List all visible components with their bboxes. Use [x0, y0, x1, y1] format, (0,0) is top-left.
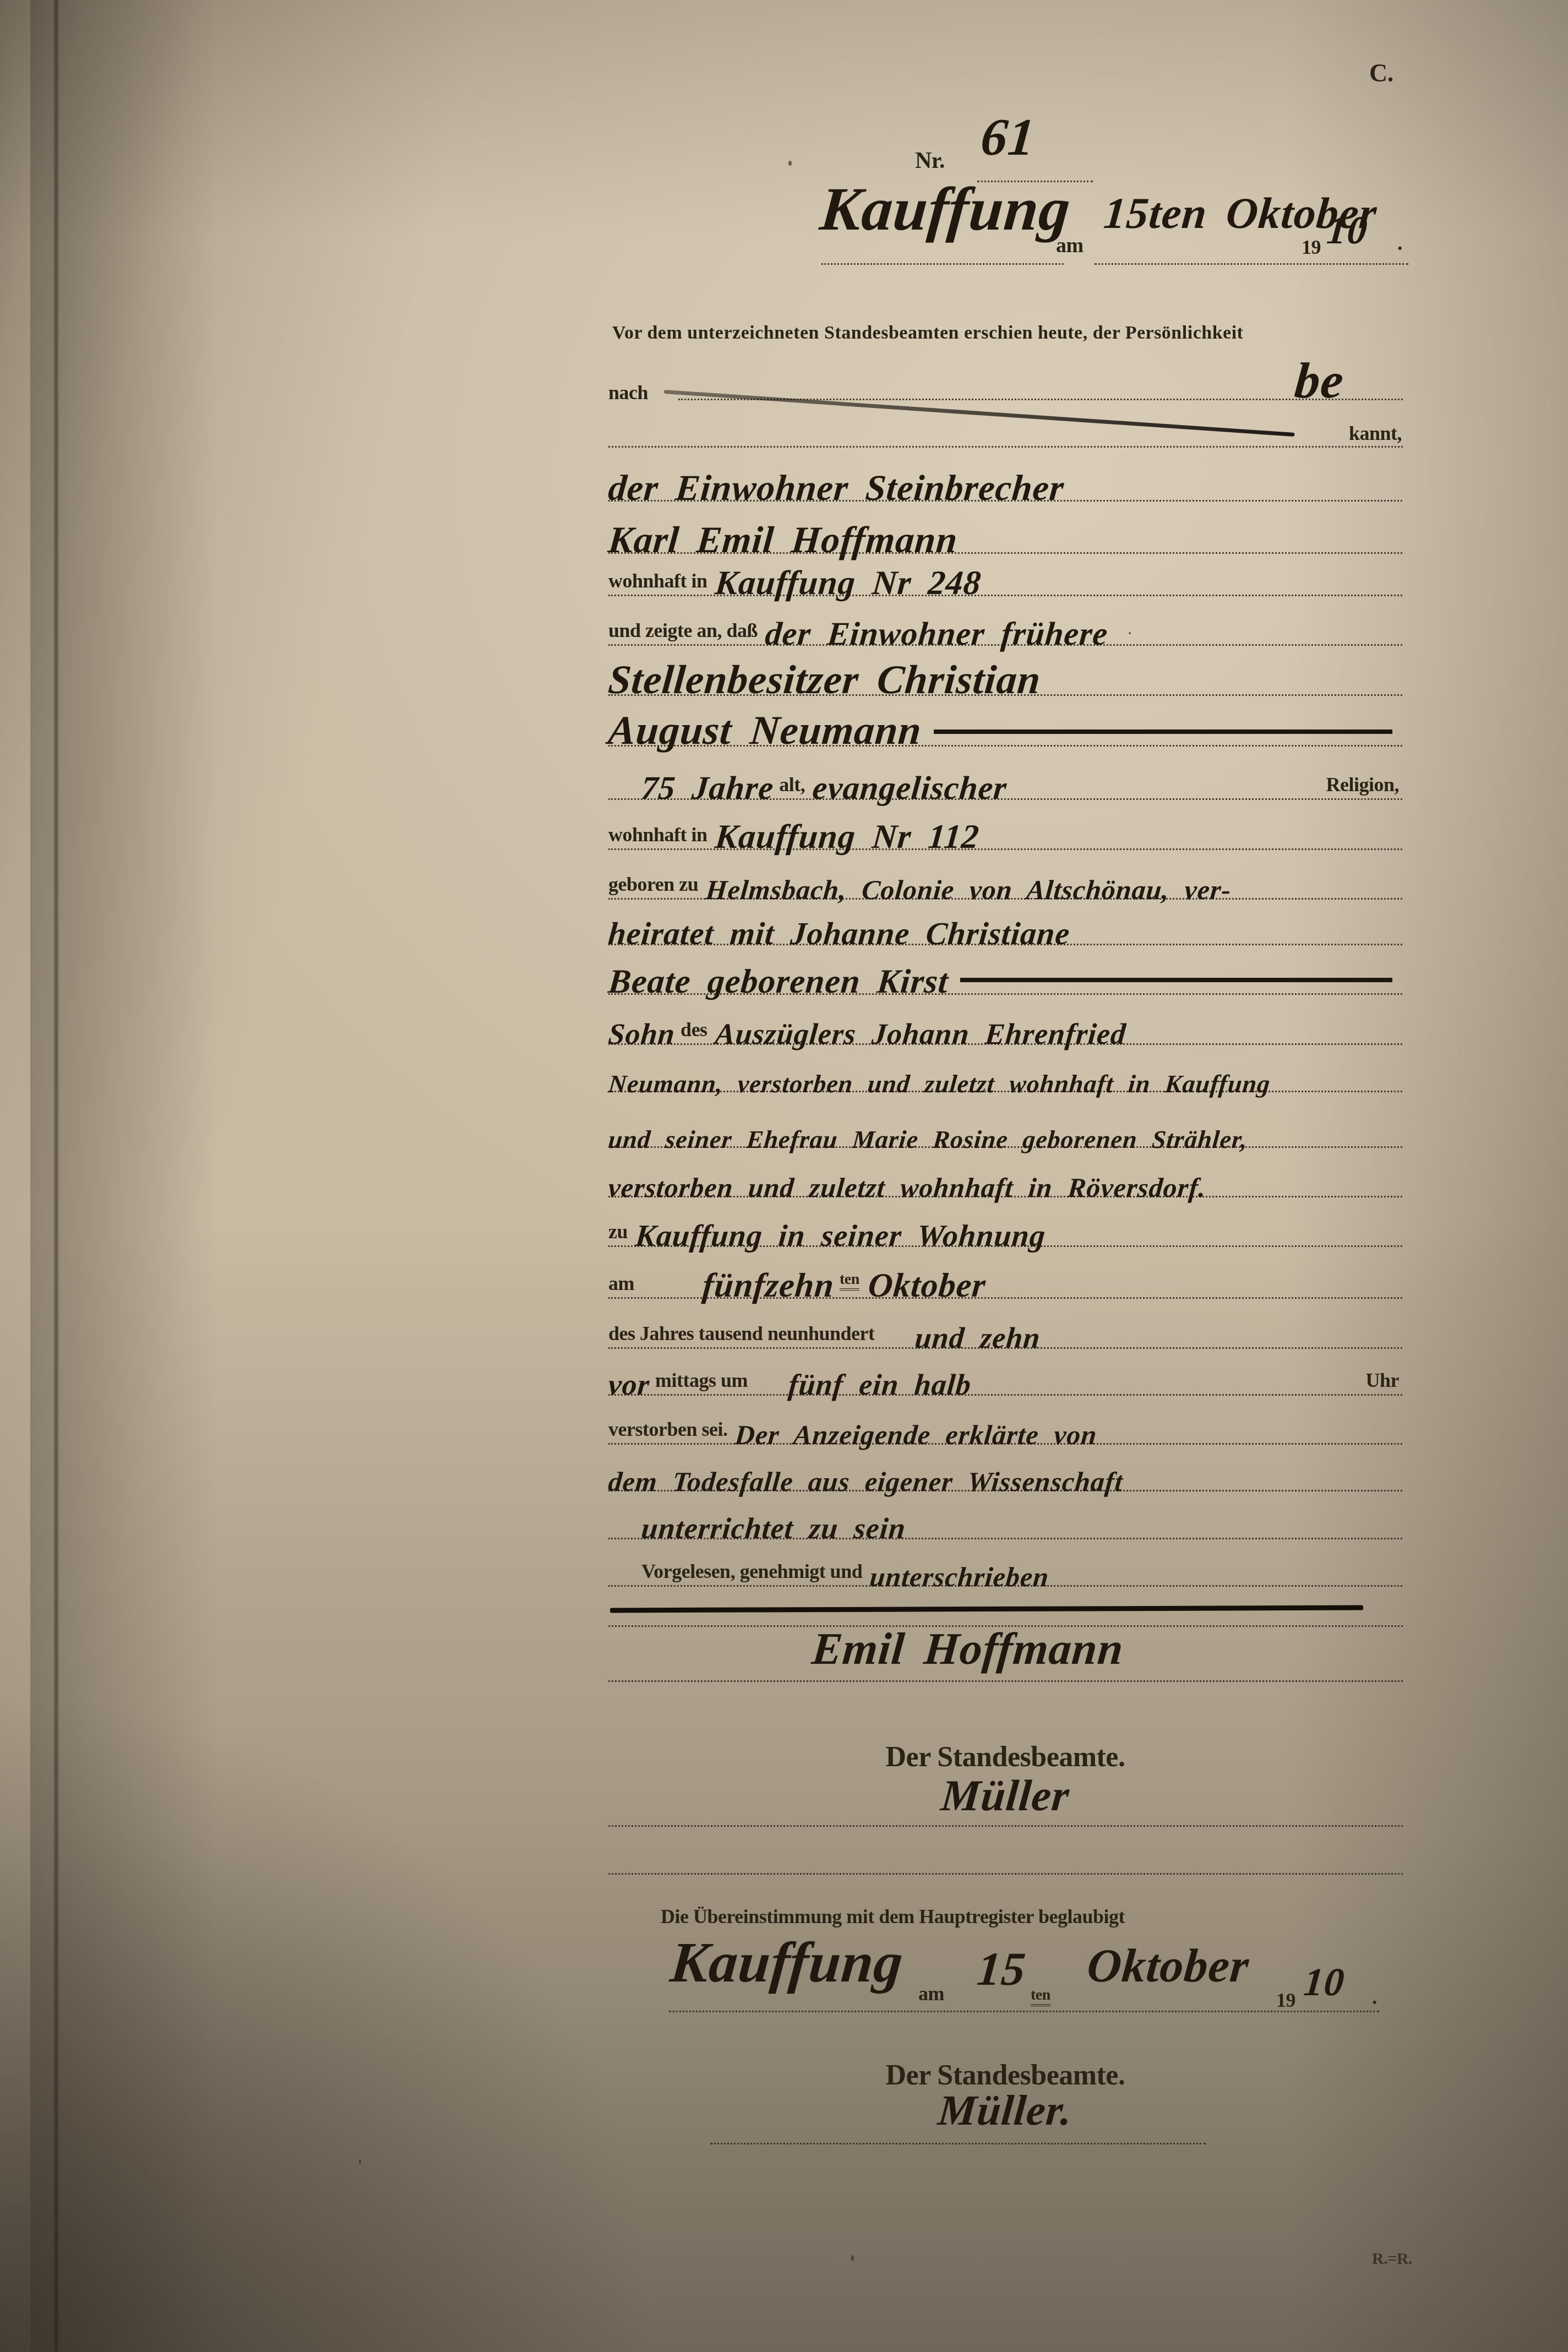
- certification-place: Kauffung: [668, 1937, 905, 1989]
- handwritten-entry: August Neumann: [607, 712, 923, 749]
- handwritten-entry: verstorben und zuletzt wohnhaft in Röver…: [607, 1175, 1207, 1200]
- handwritten-entry: 75 Jahre: [640, 773, 775, 803]
- form-line: wohnhaft inKauffung Nr 248: [608, 545, 1402, 596]
- form-line: des Jahres tausend neunhundertund zehn: [608, 1304, 1402, 1349]
- form-line: zuKauffung in seiner Wohnung: [608, 1201, 1402, 1247]
- form-line: 75 Jahrealt,evangelischerReligion,: [608, 750, 1402, 800]
- form-line: dem Todesfalle aus eigener Wissenschaft: [608, 1450, 1402, 1491]
- nach-label: nach: [608, 381, 648, 404]
- dotted-rule: [821, 263, 1064, 265]
- dotted-rule: [608, 1825, 1403, 1827]
- dotted-rule: [669, 2011, 1379, 2012]
- form-line: verstorben sei.Der Anzeigende erklärte v…: [608, 1403, 1402, 1445]
- page-edge-crease: [53, 0, 59, 2352]
- certification-registrar-signature: Müller.: [607, 2091, 1404, 2130]
- printed-form-label: wohnhaft in: [608, 823, 707, 846]
- form-line: SohndesAuszüglers Johann Ehrenfried: [608, 1000, 1402, 1045]
- form-line: Vorgelesen, genehmigt undunterschrieben: [608, 1545, 1402, 1587]
- form-line: Neumann, verstorben und zuletzt wohnhaft…: [608, 1054, 1402, 1092]
- form-section-letter: C.: [1369, 58, 1393, 88]
- form-line: wohnhaft inKauffung Nr 112: [608, 799, 1402, 850]
- flourish-dash: [934, 729, 1392, 734]
- printed-form-label: Vorgelesen, genehmigt und: [641, 1560, 862, 1583]
- handwritten-entry: Oktober: [867, 1271, 987, 1302]
- form-line: vormittags umfünf ein halbUhr: [608, 1351, 1402, 1396]
- dotted-rule: [608, 1873, 1403, 1875]
- handwritten-entry: Beate geborenen Kirst: [607, 967, 950, 998]
- handwritten-entry: evangelischer: [812, 773, 1009, 803]
- am-label: am: [1056, 233, 1084, 258]
- registrar-title: Der Standesbeamte.: [608, 1741, 1402, 1773]
- form-line: geboren zuHelmsbach, Colonie von Altschö…: [608, 858, 1402, 900]
- printed-form-label: Religion,: [1326, 773, 1399, 796]
- record-number-label: Nr.: [915, 148, 945, 174]
- printed-form-label: Uhr: [1366, 1369, 1400, 1392]
- printed-form-label: des Jahres tausend neunhundert: [608, 1322, 874, 1345]
- certification-period: .: [1372, 1985, 1377, 2010]
- printed-form-label: verstorben sei.: [608, 1418, 727, 1441]
- handwritten-entry: unterrichtet zu sein: [640, 1515, 907, 1542]
- certification-year-printed: 19: [1276, 1989, 1295, 2012]
- form-line: heiratet mit Johanne Christiane: [608, 897, 1402, 945]
- form-line: amfünfzehntenOktober: [608, 1248, 1402, 1299]
- form-line: verstorben und zuletzt wohnhaft in Röver…: [608, 1156, 1402, 1197]
- printed-form-label: am: [608, 1272, 634, 1295]
- dotted-rule: [710, 2143, 1206, 2144]
- printed-form-label: alt,: [779, 773, 805, 796]
- handwritten-entry: unterschrieben: [869, 1565, 1050, 1589]
- printed-form-label: ten: [840, 1271, 859, 1291]
- year-written: 10: [1325, 213, 1369, 248]
- period: .: [1397, 231, 1402, 255]
- record-number-value: 61: [979, 113, 1037, 161]
- printer-corner-mark: R.=R.: [1372, 2250, 1412, 2268]
- dotted-rule: [1095, 263, 1408, 265]
- handwritten-entry: Kauffung in seiner Wohnung: [634, 1222, 1047, 1250]
- handwritten-entry: fünfzehn: [701, 1271, 836, 1302]
- bekannt-printed-part: kannt,: [1349, 422, 1402, 445]
- printed-form-label: wohnhaft in: [608, 569, 707, 592]
- ink-speck: [851, 2255, 854, 2261]
- year-printed: 19: [1302, 236, 1321, 259]
- certification-ten-label: ten: [1031, 1986, 1050, 2006]
- printed-form-label: des: [680, 1018, 707, 1041]
- certification-month: Oktober: [1086, 1945, 1251, 1987]
- handwritten-entry: Kauffung Nr 112: [714, 822, 980, 853]
- form-line: der Einwohner Steinbrecher: [608, 447, 1402, 502]
- handwritten-entry: dem Todesfalle aus eigener Wissenschaft: [607, 1469, 1124, 1494]
- certification-day: 15: [976, 1948, 1028, 1990]
- death-register-page-photo: C. Nr. 61 Kauffung am 15ten Oktober 19 1…: [0, 0, 1568, 2352]
- form-line: Beate geborenen Kirst: [608, 944, 1402, 995]
- ink-speck: [359, 2159, 361, 2164]
- printed-form-label: geboren zu: [608, 873, 698, 896]
- handwritten-entry: Der Anzeigende erklärte von: [734, 1423, 1098, 1447]
- handwritten-entry: Kauffung Nr 248: [714, 568, 982, 599]
- certification-statement: Die Übereinstimmung mit dem Hauptregiste…: [661, 1905, 1125, 1928]
- handwritten-entry: Neumann, verstorben und zuletzt wohnhaft…: [607, 1072, 1271, 1095]
- form-line: August Neumann: [608, 686, 1402, 747]
- handwritten-entry: und zehn: [914, 1325, 1042, 1352]
- handwritten-entry: vor: [607, 1371, 651, 1398]
- flourish-dash: [960, 978, 1392, 982]
- form-line: und seiner Ehefrau Marie Rosine geborene…: [608, 1109, 1402, 1148]
- handwritten-entry: und seiner Ehefrau Marie Rosine geborene…: [607, 1128, 1249, 1151]
- place-written: Kauffung: [818, 182, 1073, 237]
- registrar-signature: Müller: [607, 1776, 1404, 1816]
- declarant-signature: Emil Hoffmann: [810, 1629, 1125, 1669]
- certification-year-written: 10: [1302, 1964, 1346, 2000]
- printed-form-label: zu: [608, 1220, 628, 1243]
- intro-printed-line: Vor dem unterzeichneten Standesbeamten e…: [612, 323, 1243, 344]
- handwritten-entry: Auszüglers Johann Ehrenfried: [714, 1021, 1127, 1048]
- printed-form-label: mittags um: [655, 1369, 748, 1392]
- handwritten-entry: Sohn: [607, 1021, 676, 1048]
- ink-speck: [788, 161, 792, 166]
- bekannt-written-part: be: [1293, 358, 1346, 404]
- handwritten-entry: fünf ein halb: [787, 1371, 972, 1398]
- certification-am-label: am: [918, 1982, 944, 2005]
- form-line: unterrichtet zu sein: [608, 1495, 1402, 1539]
- dotted-rule: [608, 1680, 1403, 1682]
